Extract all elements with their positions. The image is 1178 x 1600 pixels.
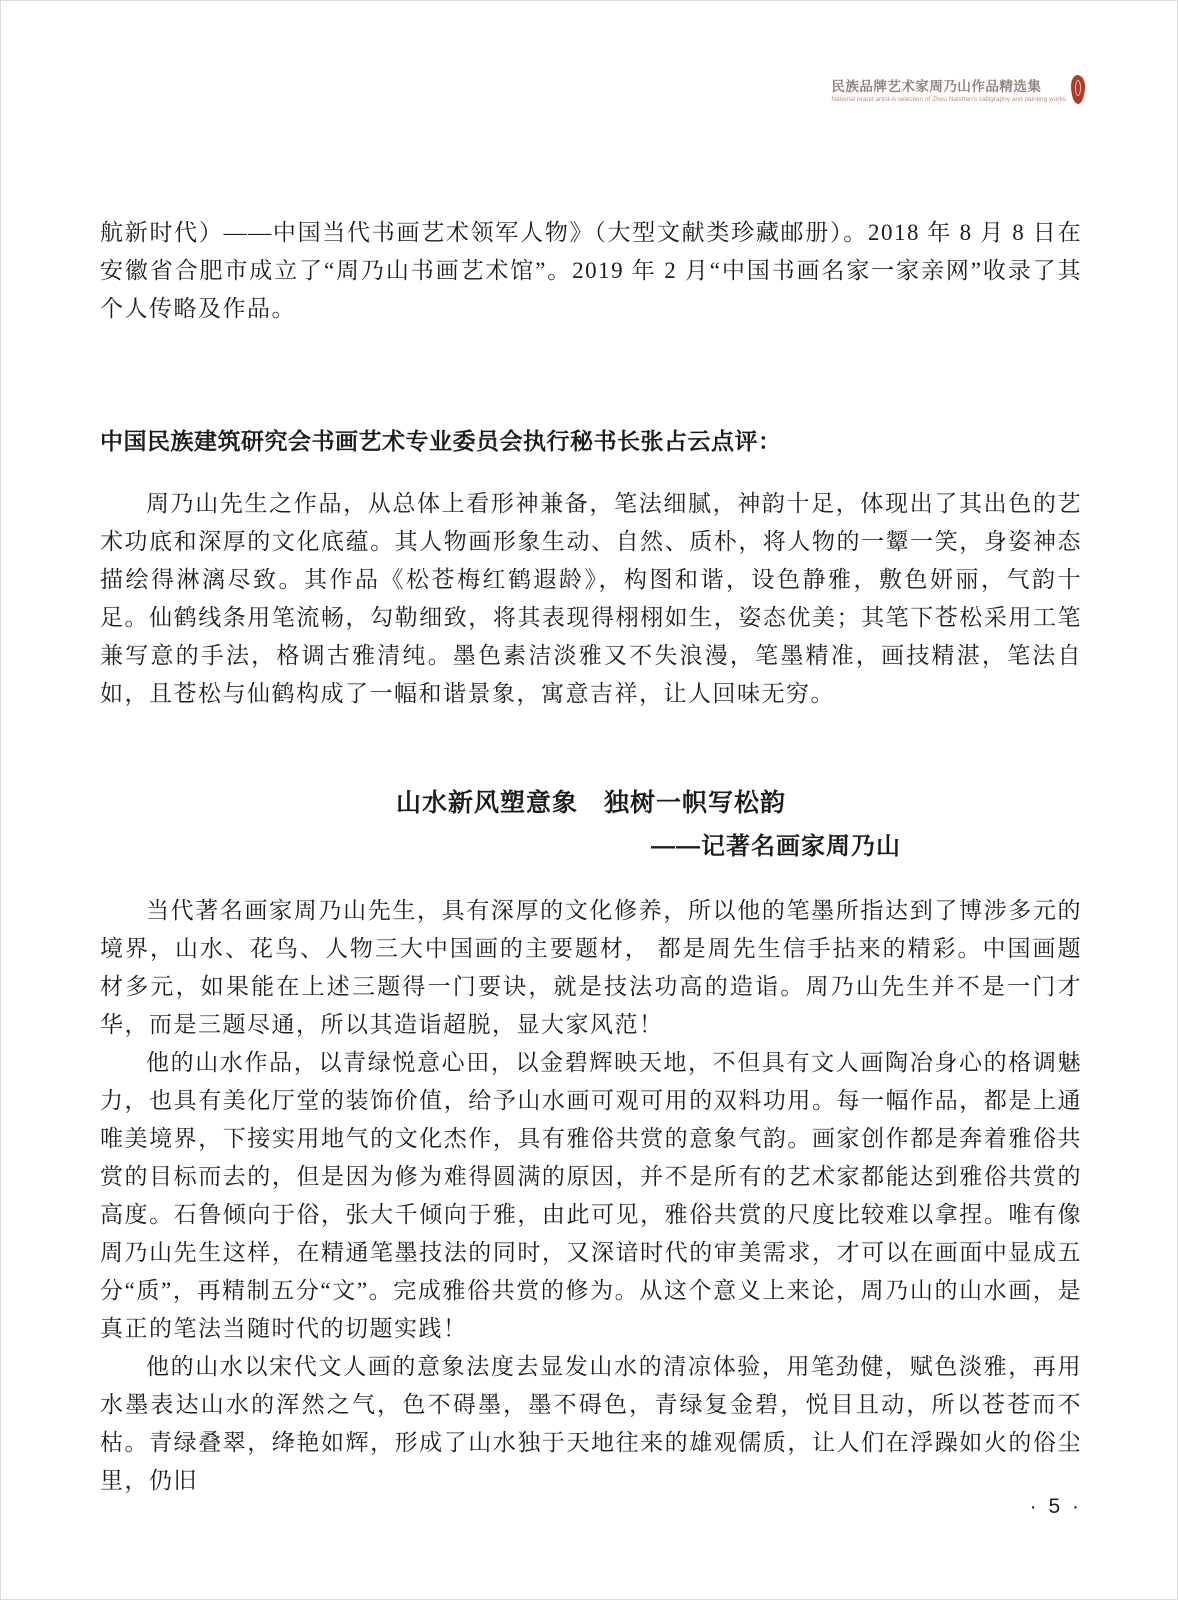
red-seal-icon (1071, 75, 1085, 104)
header-text: 民族品牌艺术家周乃山作品精选集 National brand artist-A … (831, 75, 1066, 103)
book-title-english: National brand artist-A selection of Zho… (831, 96, 1066, 103)
continuation-paragraph: 航新时代）——中国当代书画艺术领军人物》（大型文献类珍藏邮册）。2018 年 8… (100, 214, 1082, 328)
article-subtitle: ——记著名画家周乃山 (651, 828, 901, 866)
article-paragraph-2: 他的山水作品，以青绿悦意心田，以金碧辉映天地，不但具有文人画陶冶身心的格调魅力，… (100, 1044, 1082, 1348)
article-paragraph-3: 他的山水以宋代文人画的意象法度去显发山水的清凉体验，用笔劲健，赋色淡雅，再用水墨… (100, 1348, 1082, 1500)
review-heading: 中国民族建筑研究会书画艺术专业委员会执行秘书长张占云点评： (100, 422, 1082, 460)
article-paragraph-1: 当代著名画家周乃山先生，具有深厚的文化修养，所以他的笔墨所指达到了博涉多元的境界… (100, 892, 1082, 1044)
seal-inner-mark (1075, 80, 1081, 96)
scanned-book-page: 民族品牌艺术家周乃山作品精选集 National brand artist-A … (0, 0, 1178, 1600)
page-header: 民族品牌艺术家周乃山作品精选集 National brand artist-A … (831, 75, 1085, 104)
page-number: · 5 · (100, 1495, 1082, 1519)
article-title: 山水新风塑意象 独树一帜写松韵 (100, 784, 1082, 822)
book-title: 民族品牌艺术家周乃山作品精选集 (831, 75, 1066, 95)
review-paragraph: 周乃山先生之作品，从总体上看形神兼备，笔法细腻，神韵十足，体现出了其出色的艺术功… (100, 485, 1082, 713)
